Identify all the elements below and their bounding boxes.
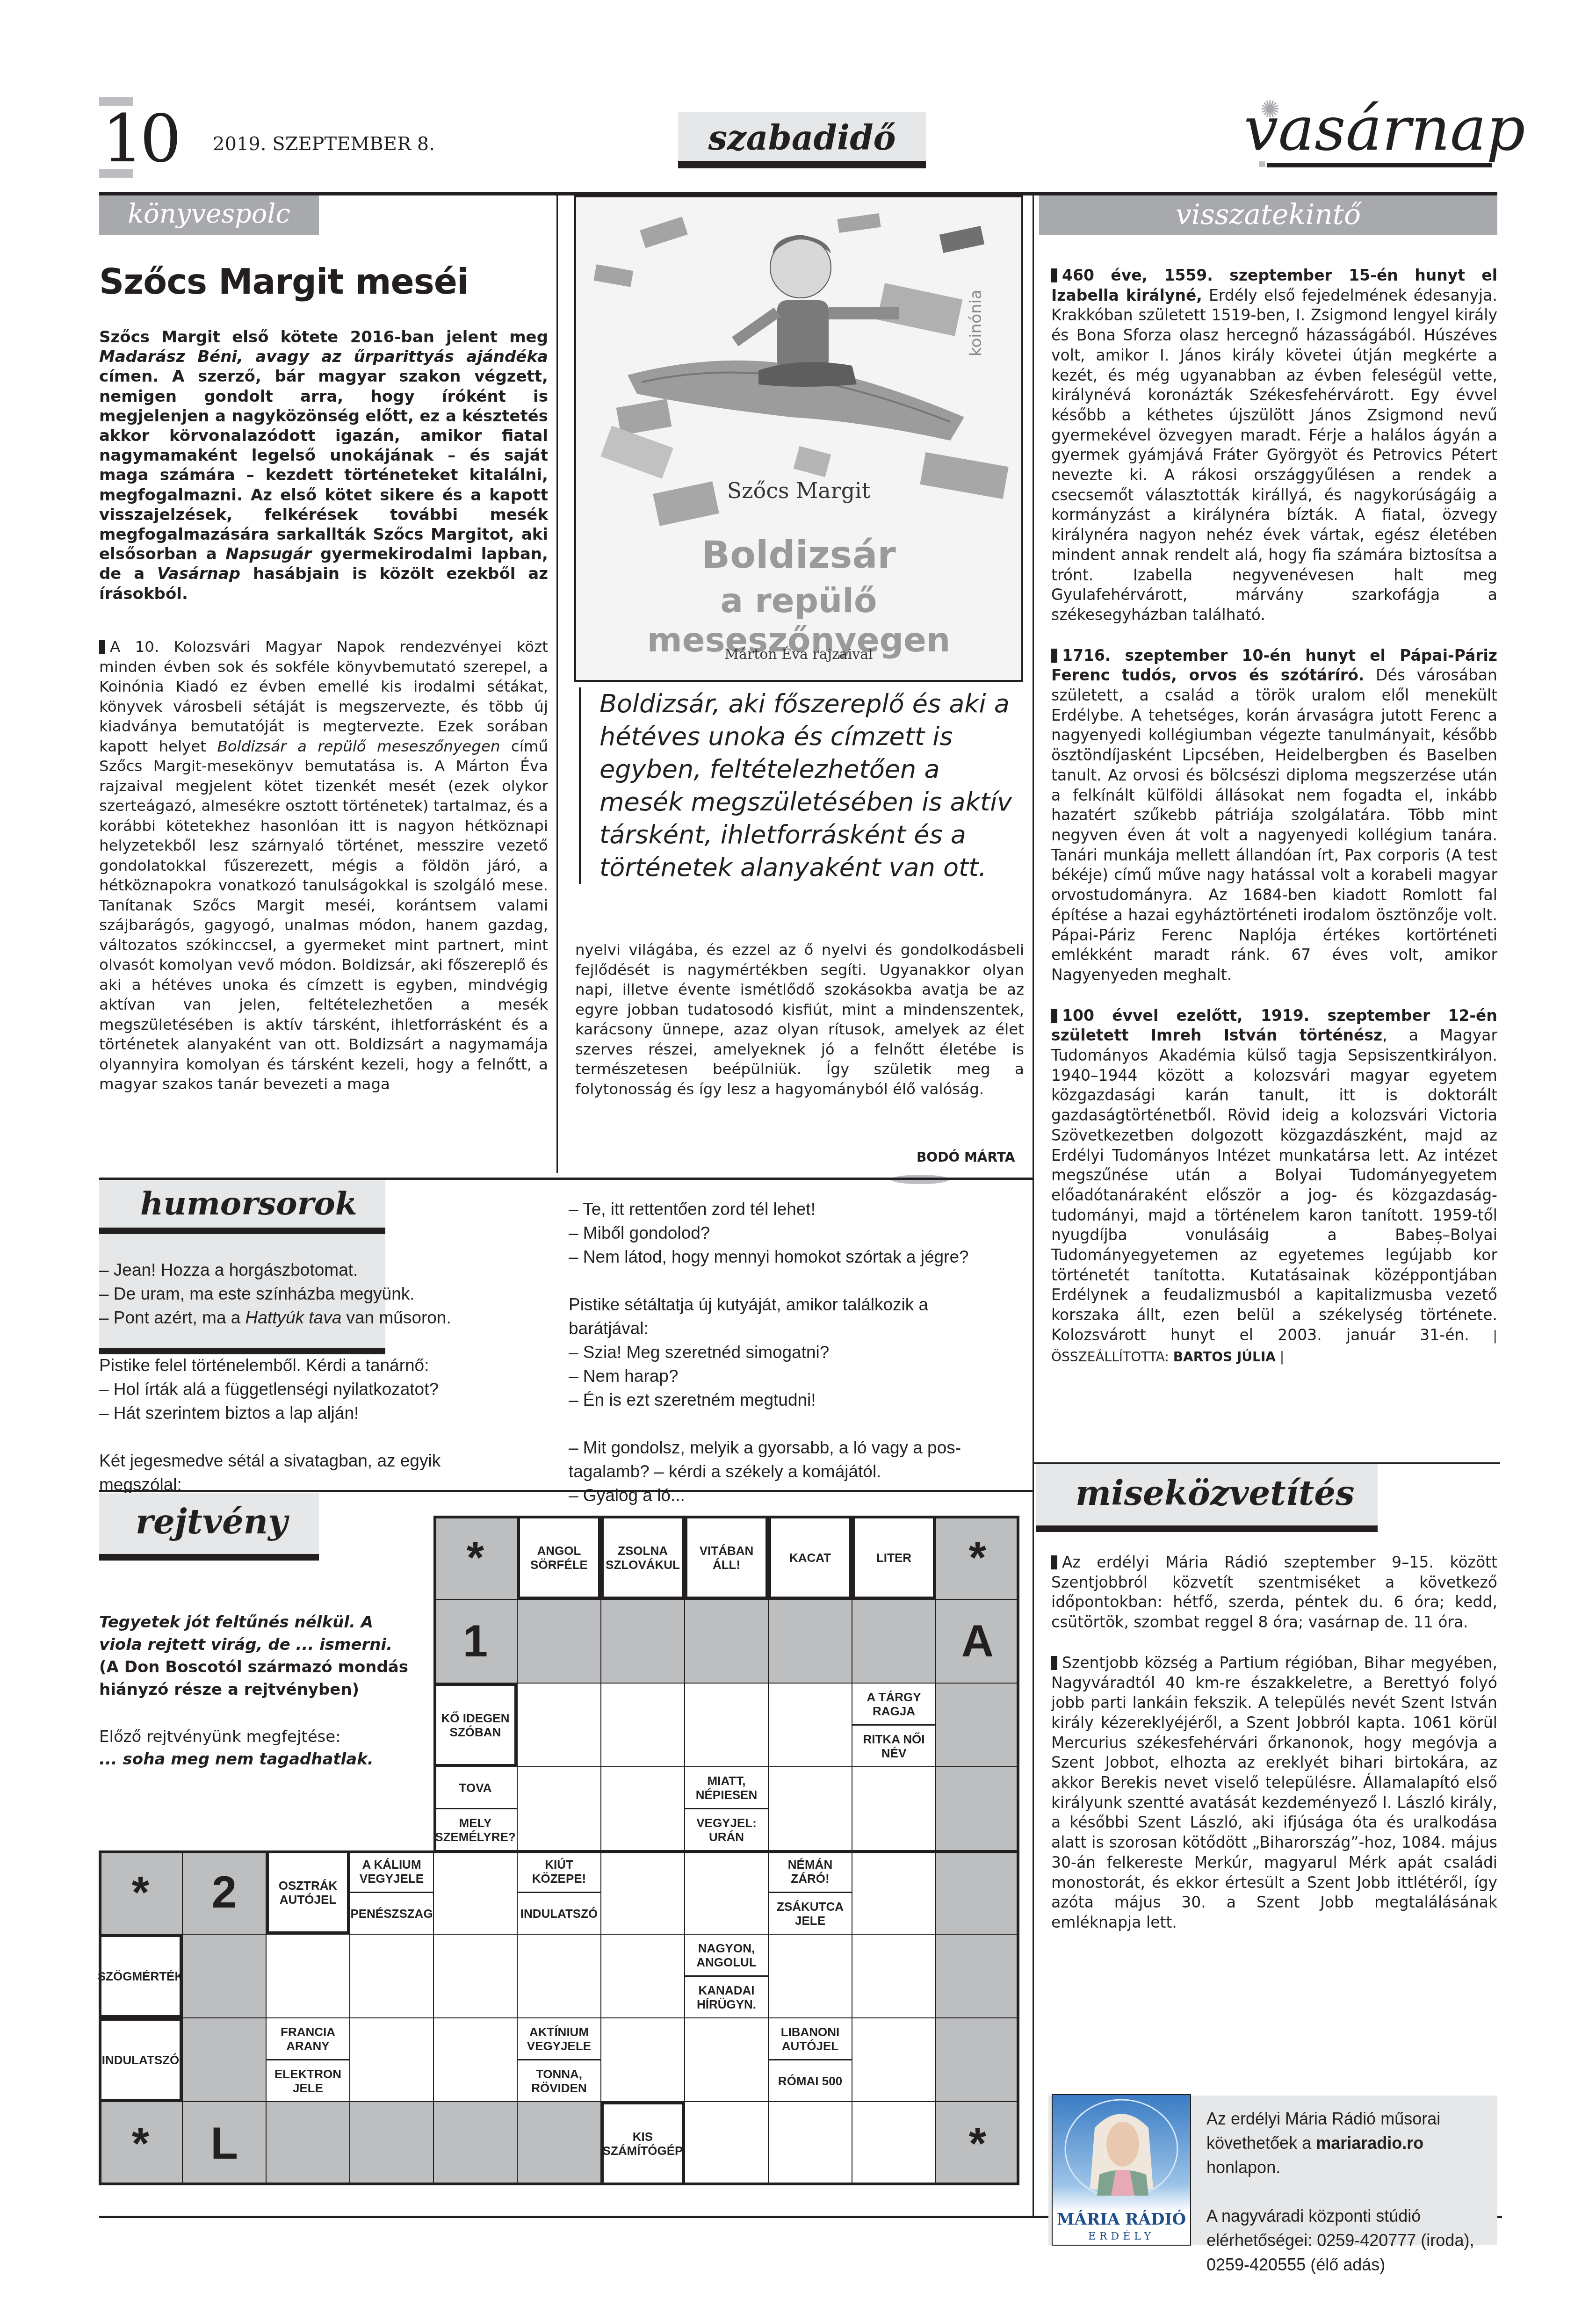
answer-cell[interactable] [852,1599,936,1683]
mass-broadcast-text: Az erdélyi Mária Rádió szeptember 9–15. … [1051,1553,1497,1933]
clue-cell-split: A KÁLIUM VEGYJELEPENÉSZSZAG [350,1850,433,1934]
bullet-square-icon [1051,1009,1057,1023]
clue-text: MIATT, NÉPIESEN [685,1767,768,1809]
answer-cell[interactable] [601,1850,685,1934]
answer-cell[interactable] [266,2102,350,2185]
answer-cell[interactable] [350,2018,433,2102]
clue-cell: ANGOL SÖRFÉLE [517,1516,601,1599]
text-run: Madarász Béni, avagy az űrparittyás aján… [99,347,548,366]
joke-line: Pistike felel történelemből. Kérdi a tan… [99,1353,548,1377]
bullet-square-icon [1051,649,1057,663]
answer-cell[interactable] [601,1767,685,1850]
crossword-grid: *ANGOL SÖRFÉLEZSOLNA SZLOVÁKULVITÁBAN ÁL… [99,1516,1020,2184]
answer-cell[interactable] [517,2102,601,2185]
joke-line: – Jean! Hozza a horgászbotomat. [99,1258,548,1282]
column-rule [556,195,558,1173]
joke-line: – Te, itt rettentően zord tél lehet! [569,1197,1027,1221]
article-body-continued: nyelvi világába, és ezzel az ő nyelvi és… [575,940,1024,1099]
answer-cell[interactable] [601,1934,685,2018]
answer-cell[interactable] [852,2102,936,2185]
clue-cell: INDULATSZÓ [99,2018,182,2102]
issue-date: 2019. SZEPTEMBER 8. [213,133,435,155]
answer-cell[interactable] [685,1599,768,1683]
madonna-icon [1053,2095,1190,2203]
article-lead: Szőcs Margit első kötete 2016-ban jelent… [99,327,548,604]
answer-cell[interactable] [852,2018,936,2102]
logo-underline [1267,163,1492,167]
asterisk-marker: * [936,1516,1019,1599]
history-list: 460 éve, 1559. szeptember 15-én hunyt el… [1051,266,1497,1388]
book-cover-image: Szőcs Margit Boldizsár a repülő meseszőn… [574,195,1023,682]
answer-cell[interactable] [433,2018,517,2102]
answer-cell[interactable] [517,1683,601,1767]
answer-cell[interactable] [517,1767,601,1850]
article-title: Szőcs Margit meséi [99,262,468,302]
joke-line: – Hol írták alá a függetlenségi nyilatko… [99,1377,548,1401]
history-item: 460 éve, 1559. szeptember 15-én hunyt el… [1051,266,1497,625]
text-run: Szőcs Margit első kötete 2016-ban jelent… [99,328,548,347]
clue-text: A KÁLIUM VEGYJELE [350,1851,433,1893]
clue-text: LIBANONI AUTÓJEL [769,2018,852,2060]
clue-cell: ZSOLNA SZLOVÁKUL [601,1516,685,1599]
answer-cell[interactable] [685,1683,768,1767]
joke-line: – Én is ezt szeretném megtudni! [569,1388,1027,1412]
clue-text: RITKA NŐI NÉV [852,1726,935,1766]
joke-line: – Pont azért, ma a Hattyúk tava van műso… [99,1306,548,1330]
answer-cell[interactable] [433,1850,517,1934]
radio-text-post: honlapon. [1206,2158,1280,2177]
text-run: című Szőcs Margit-mesekönyv bemutatása i… [99,737,548,1093]
text-run: Boldizsár a repülő meseszőnyegen [217,737,500,755]
clue-cell-split: TOVAMELY SZEMÉLYRE? [433,1767,517,1850]
clue-cell-split: FRANCIA ARANYELEKTRON JELE [266,2018,350,2102]
clue-cell: KIS SZÁMÍTÓGÉP [601,2102,685,2185]
answer-cell[interactable] [182,1934,266,2018]
solution-marker: 1 [433,1599,517,1683]
answer-cell[interactable] [517,1599,601,1683]
joke-line: – Gyalog a ló... [569,1483,1027,1507]
mass-paragraph-1-text: Az erdélyi Mária Rádió szeptember 9–15. … [1051,1553,1497,1631]
pull-quote: Boldizsár, aki főszereplő és aki a hétév… [579,687,1020,884]
joke-line: tagalamb? – kérdi a székely a komájától. [569,1460,1027,1483]
joke-line: – De uram, ma este színházba megyünk. [99,1282,548,1306]
jokes-column-2: – Te, itt rettentően zord tél lehet!– Mi… [569,1197,1027,1507]
book-author: Szőcs Margit [576,478,1021,503]
history-item: 1716. szeptember 10-én hunyt el Pápai-Pá… [1051,646,1497,985]
clue-cell: OSZTRÁK AUTÓJEL [266,1850,350,1934]
joke-line: – Hát szerintem biztos a lap alján! [99,1401,548,1425]
joke-line: barátjával: [569,1316,1027,1340]
clue-cell-split: NAGYON, ANGOLULKANADAI HÍRÜGYN. [685,1934,768,2018]
answer-cell[interactable] [852,1767,936,1850]
clue-cell-split: LIBANONI AUTÓJELRÓMAI 500 [768,2018,852,2102]
answer-cell[interactable] [768,1599,852,1683]
radio-logo-text: MÁRIA RÁDIÓ [1053,2210,1190,2229]
text-run: címen. A szerző, bár magyar szakon végze… [99,367,548,564]
clue-text: RÓMAI 500 [769,2060,852,2101]
answer-cell[interactable] [350,1934,433,2018]
answer-cell[interactable] [685,2018,768,2102]
text-run: Vasárnap [157,564,240,583]
clue-text: KIÚT KÖZEPE! [518,1851,600,1893]
clue-text: FRANCIA ARANY [267,2018,349,2060]
answer-cell[interactable] [517,1934,601,2018]
kicker-konyvespolc: könyvespolc [99,195,319,235]
solution-marker: L [182,2102,266,2185]
section-title: szabadidő [678,112,926,168]
history-item-text: Dés városában született, a család a törö… [1051,666,1497,984]
clue-text: KANADAI HÍRÜGYN. [685,1977,768,2017]
answer-cell[interactable] [768,1934,852,2018]
answer-cell[interactable] [685,1850,768,1934]
column-rule [1033,195,1034,2218]
answer-cell[interactable] [936,2018,1019,2102]
clue-text: AKTÍNIUM VEGYJELE [518,2018,600,2060]
clue-cell-split: NÉMÁN ZÁRÓ!ZSÁKUTCA JELE [768,1850,852,1934]
mass-paragraph-2: Szentjobb község a Partium régióban, Bih… [1051,1653,1497,1933]
kicker-humorsorok: humorsorok [99,1180,385,1234]
answer-cell[interactable] [685,2102,768,2185]
asterisk-marker: * [99,1850,182,1934]
answer-cell[interactable] [768,1683,852,1767]
article-author: BODÓ MÁRTA [917,1149,1015,1165]
bullet-square-icon [99,640,105,654]
radio-website-link[interactable]: mariaradio.ro [1316,2133,1423,2153]
joke-line: – Nem harap? [569,1364,1027,1388]
top-rule [99,192,1497,195]
maria-radio-logo-image: MÁRIA RÁDIÓ ERDÉLY [1052,2094,1191,2246]
clue-cell: SZÖGMÉRTÉK [99,1934,182,2018]
publisher-logo: koinónia [967,289,985,356]
joke-line: Két jegesmedve sétál a sivatagban, az eg… [99,1449,548,1473]
clue-cell: VITÁBAN ÁLL! [685,1516,768,1599]
joke-line [569,1269,1027,1293]
radio-logo-sub: ERDÉLY [1053,2231,1190,2242]
answer-cell[interactable] [350,2102,433,2185]
mass-paragraph-1: Az erdélyi Mária Rádió szeptember 9–15. … [1051,1553,1497,1633]
bullet-square-icon [1051,1656,1057,1670]
newspaper-logo: vasárnap [1244,98,1525,159]
clue-text: TONNA, RÖVIDEN [518,2060,600,2101]
answer-cell[interactable] [936,1683,1019,1767]
answer-cell[interactable] [936,1850,1019,1934]
clue-cell-split: A TÁRGY RAGJARITKA NŐI NÉV [852,1683,936,1767]
answer-cell[interactable] [182,2018,266,2102]
radio-info-text: Az erdélyi Mária Rádió műsorai követhető… [1206,2107,1487,2277]
joke-line [99,1425,548,1449]
joke-line [99,1330,548,1353]
bullet-square-icon [1051,1555,1057,1569]
asterisk-marker: * [433,1516,517,1599]
answer-cell[interactable] [266,1934,350,2018]
clue-text: NAGYON, ANGOLUL [685,1935,768,1977]
answer-cell[interactable] [936,1934,1019,2018]
asterisk-marker: * [99,2102,182,2185]
clue-cell: KŐ IDEGEN SZÓBAN [433,1683,517,1767]
section-rule [99,1490,1033,1492]
history-item-text: Erdély első fejedelmének édesanyja. Krak… [1051,286,1497,624]
history-item-text: , a Magyar Tudományos Akadémia külső tag… [1051,1026,1497,1344]
radio-contact: A nagyváradi központi stúdió elérhetőség… [1206,2204,1487,2277]
answer-cell[interactable] [852,1850,936,1934]
joke-line: – Mit gondolsz, melyik a gyorsabb, a ló … [569,1436,1027,1460]
section-rule [99,1178,1033,1180]
page-number-bar-bottom [99,169,133,178]
joke-line: Pistike sétáltatja új kutyáját, amikor t… [569,1293,1027,1316]
clue-text: TOVA [434,1767,517,1809]
clue-text: MELY SZEMÉLYRE? [434,1809,517,1850]
clue-cell-split: MIATT, NÉPIESENVEGYJEL: URÁN [685,1767,768,1850]
solution-marker: A [936,1599,1019,1683]
joke-line [569,1412,1027,1436]
clue-text: PENÉSZSZAG [350,1893,433,1934]
asterisk-marker: * [936,2102,1019,2185]
clue-text: INDULATSZÓ [518,1893,600,1934]
kicker-visszatekinto: visszatekintő [1039,195,1497,235]
clue-cell-split: AKTÍNIUM VEGYJELETONNA, RÖVIDEN [517,2018,601,2102]
answer-cell[interactable] [852,1934,936,2018]
clue-text: A TÁRGY RAGJA [852,1684,935,1726]
mass-paragraph-2-text: Szentjobb község a Partium régióban, Bih… [1051,1654,1497,1931]
joke-line: – Nem látod, hogy mennyi homokot szórtak… [569,1245,1027,1269]
text-run: Napsugár [225,545,311,564]
answer-cell[interactable] [936,1767,1019,1850]
clue-text: NÉMÁN ZÁRÓ! [769,1851,852,1893]
answer-cell[interactable] [768,1767,852,1850]
book-illustrator: Márton Éva rajzaival [576,646,1021,663]
solution-marker: 2 [182,1850,266,1934]
article-body: A 10. Kolozsvári Magyar Napok rendezvény… [99,637,548,1094]
clue-text: ELEKTRON JELE [267,2060,349,2101]
clue-cell: KACAT [768,1516,852,1599]
jokes-column-1: – Jean! Hozza a horgászbotomat.– De uram… [99,1258,548,1496]
answer-cell[interactable] [768,2102,852,2185]
radio-website-note: Az erdélyi Mária Rádió műsorai követhető… [1206,2107,1487,2180]
clue-cell: LITER [852,1516,936,1599]
history-item: 100 évvel ezelőtt, 1919. szeptember 12-é… [1051,1006,1497,1367]
page-number: 10 [102,107,178,172]
clue-text: ZSÁKUTCA JELE [769,1893,852,1934]
answer-cell[interactable] [601,1599,685,1683]
bullet-square-icon [1051,268,1057,282]
answer-cell[interactable] [433,2102,517,2185]
answer-cell[interactable] [601,2018,685,2102]
answer-cell[interactable] [601,1683,685,1767]
clue-text: VEGYJEL: URÁN [685,1809,768,1850]
book-title-line1: Boldizsár [576,533,1021,577]
answer-cell[interactable] [433,1934,517,2018]
joke-line: – Szia! Meg szeretnéd simogatni? [569,1340,1027,1364]
kicker-misekozvetites: miseközvetítés [1036,1464,1378,1532]
joke-line: – Miből gondolod? [569,1221,1027,1245]
clue-cell-split: KIÚT KÖZEPE!INDULATSZÓ [517,1850,601,1934]
logo-accent [1259,161,1265,167]
